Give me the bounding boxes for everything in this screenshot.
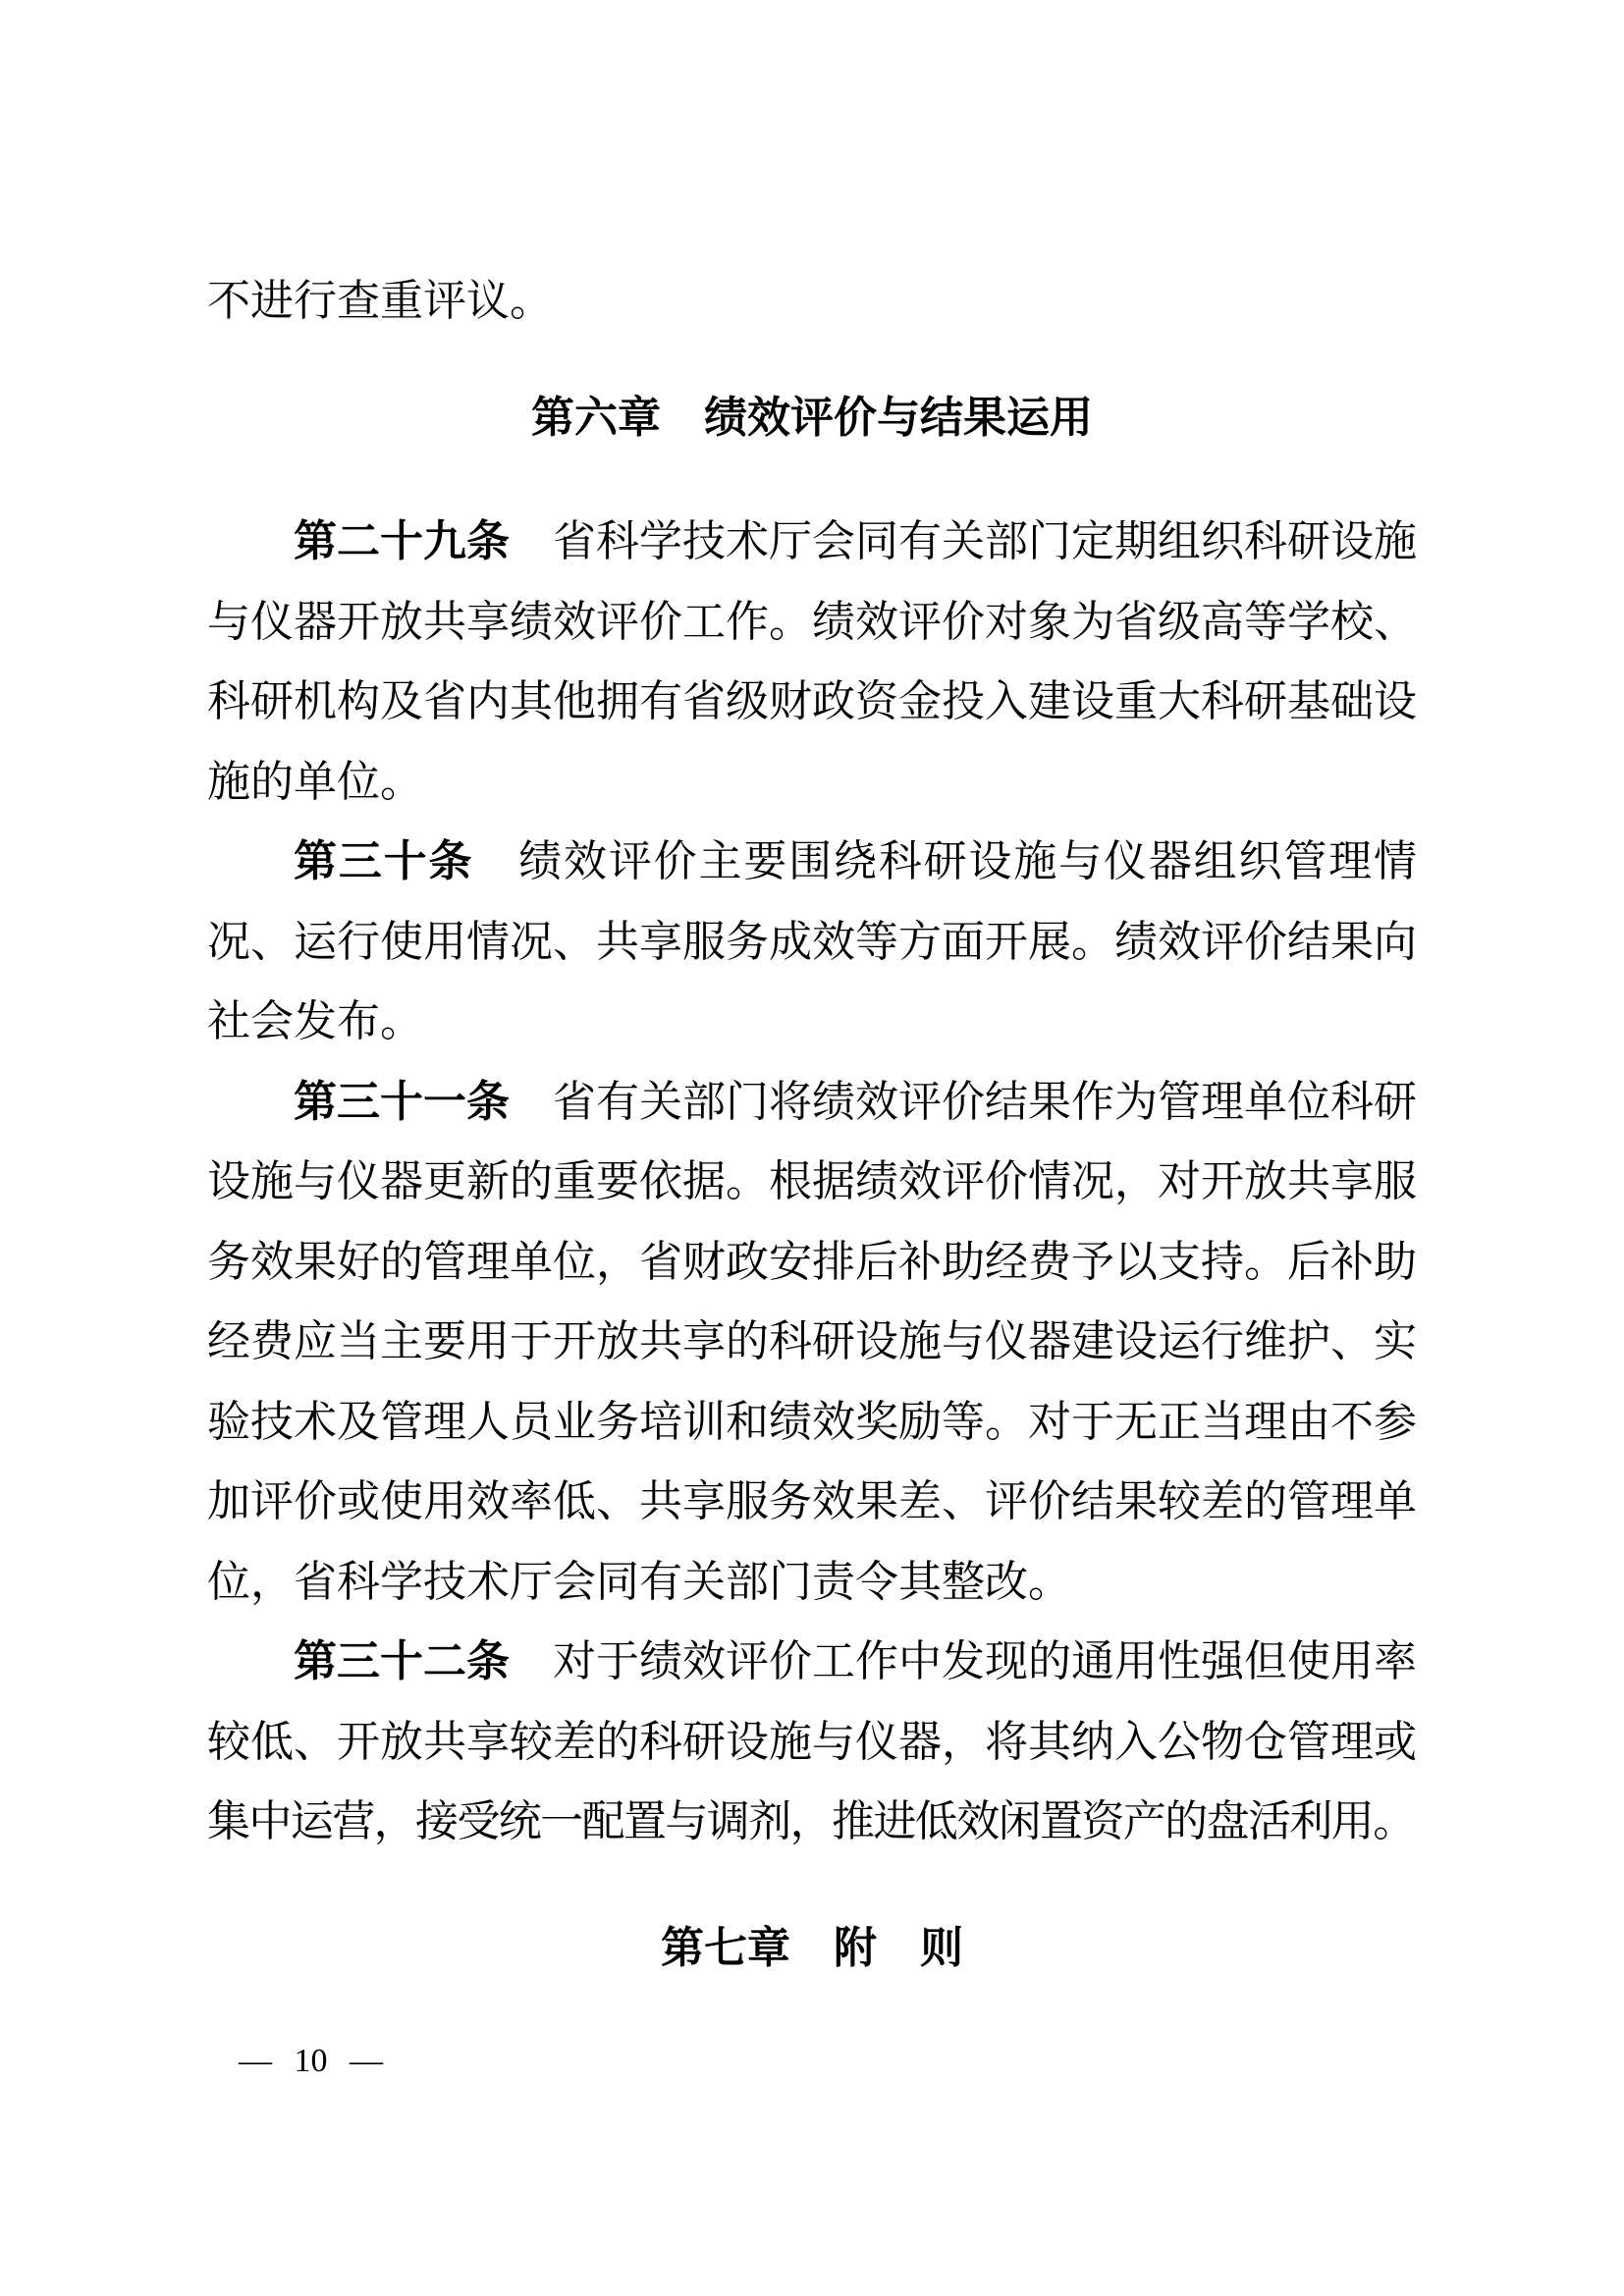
line-text: 况、运行使用情况、共享服务成效等方面开展。绩效评价结果向: [207, 918, 1417, 966]
article-number: 第三十条: [294, 837, 473, 885]
line-text: 较低、开放共享较差的科研设施与仪器，将其纳入公物仓管理或: [207, 1718, 1417, 1766]
line-text: 加评价或使用效率低、共享服务效果差、评价结果较差的管理单: [207, 1477, 1417, 1525]
line-text: 省有关部门将绩效评价结果作为管理单位科研: [510, 1078, 1417, 1126]
text-line: 较低、开放共享较差的科研设施与仪器，将其纳入公物仓管理或: [207, 1702, 1417, 1783]
line-text: 位，省科学技术厅会同有关部门责令其整改。: [207, 1558, 1071, 1606]
document-page: 不进行查重评议。 第六章 绩效评价与结果运用 第二十九条 省科学技术厅会同有关部…: [0, 0, 1624, 2296]
line-text: 经费应当主要用于开放共享的科研设施与仪器建设运行维护、实: [207, 1317, 1417, 1365]
line-text: 社会发布。: [207, 997, 423, 1045]
text-line: 第三十条 绩效评价主要围绕科研设施与仪器组织管理情: [207, 822, 1417, 902]
line-text: 不进行查重评议。: [207, 277, 553, 325]
line-text: 集中运营，接受统一配置与调剂，推进低效闲置资产的盘活利用。: [207, 1797, 1415, 1845]
chapter-6-heading-block: 第六章 绩效评价与结果运用: [207, 378, 1417, 458]
line-text: 施的单位。: [207, 758, 423, 806]
article-number: 第三十二条: [294, 1637, 510, 1685]
text-line: 位，省科学技术厅会同有关部门责令其整改。: [207, 1542, 1417, 1623]
article-number: 第三十一条: [294, 1078, 510, 1126]
text-line: 设施与仪器更新的重要依据。根据绩效评价情况，对开放共享服: [207, 1142, 1417, 1222]
line-text: 绩效评价主要围绕科研设施与仪器组织管理情: [473, 837, 1417, 885]
chapter-heading-line: 第七章 附 则: [207, 1908, 1417, 1989]
line-text: 设施与仪器更新的重要依据。根据绩效评价情况，对开放共享服: [207, 1157, 1417, 1205]
paragraph-continuation: 不进行查重评议。: [207, 261, 1417, 342]
chapter-heading-line: 第六章 绩效评价与结果运用: [207, 378, 1417, 458]
text-line: 验技术及管理人员业务培训和绩效奖励等。对于无正当理由不参: [207, 1382, 1417, 1463]
page-number: — 10 —: [239, 2042, 383, 2081]
chapter-7-heading-block: 第七章 附 则: [207, 1908, 1417, 1989]
text-line: 施的单位。: [207, 742, 1417, 823]
text-line: 科研机构及省内其他拥有省级财政资金投入建设重大科研基础设: [207, 662, 1417, 742]
line-text: 省科学技术厅会同有关部门定期组织科研设施: [510, 517, 1417, 565]
text-line: 经费应当主要用于开放共享的科研设施与仪器建设运行维护、实: [207, 1302, 1417, 1382]
text-line: 第二十九条 省科学技术厅会同有关部门定期组织科研设施: [207, 502, 1417, 582]
chapter-heading-text: 第六章 绩效评价与结果运用: [531, 394, 1093, 442]
line-text: 科研机构及省内其他拥有省级财政资金投入建设重大科研基础设: [207, 677, 1417, 725]
chapter-heading-text: 第七章 附 则: [661, 1924, 963, 1972]
text-line: 与仪器开放共享绩效评价工作。绩效评价对象为省级高等学校、: [207, 582, 1417, 663]
line-text: 对于绩效评价工作中发现的通用性强但使用率: [510, 1637, 1417, 1685]
line-text: 务效果好的管理单位，省财政安排后补助经费予以支持。后补助: [207, 1238, 1417, 1286]
text-line: 第三十一条 省有关部门将绩效评价结果作为管理单位科研: [207, 1062, 1417, 1143]
text-line: 社会发布。: [207, 982, 1417, 1062]
line-text: 与仪器开放共享绩效评价工作。绩效评价对象为省级高等学校、: [207, 598, 1417, 646]
text-line: 务效果好的管理单位，省财政安排后补助经费予以支持。后补助: [207, 1222, 1417, 1303]
page-number-text: — 10 —: [239, 2043, 383, 2079]
text-line: 况、运行使用情况、共享服务成效等方面开展。绩效评价结果向: [207, 902, 1417, 983]
articles-block: 第二十九条 省科学技术厅会同有关部门定期组织科研设施与仪器开放共享绩效评价工作。…: [207, 502, 1417, 1862]
text-line: 第三十二条 对于绩效评价工作中发现的通用性强但使用率: [207, 1622, 1417, 1702]
text-line: 不进行查重评议。: [207, 261, 1417, 342]
article-number: 第二十九条: [294, 517, 510, 565]
text-line: 加评价或使用效率低、共享服务效果差、评价结果较差的管理单: [207, 1462, 1417, 1542]
text-line: 集中运营，接受统一配置与调剂，推进低效闲置资产的盘活利用。: [207, 1782, 1417, 1862]
line-text: 验技术及管理人员业务培训和绩效奖励等。对于无正当理由不参: [207, 1398, 1417, 1446]
